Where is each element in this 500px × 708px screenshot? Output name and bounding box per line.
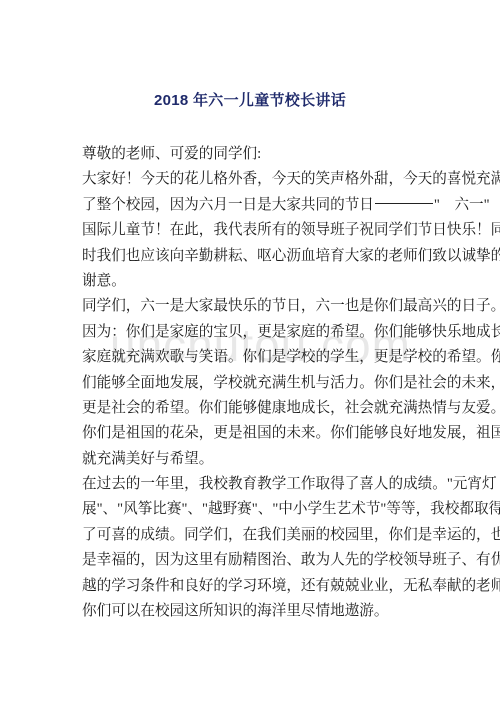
text-fragment: " 六一" [434,197,490,213]
text-fragment: 了整个校园，因为六月一日是大家共同的节日 [82,197,374,213]
text-line: 同学们，六一是大家最快乐的节日，六一也是你们最高兴的日子。 [82,294,422,319]
dash-rule [375,203,433,204]
text-line: 展"、"风筝比赛"、"越野赛"、"中小学生艺术节"等等，我校都取得 [82,497,422,522]
document-body: 尊敬的老师、可爱的同学们: 大家好！今天的花儿格外香，今天的笑声格外甜，今天的喜… [82,142,422,624]
text-line: 你们是祖国的花朵，更是祖国的未来。你们能够良好地发展，祖国 [82,421,422,446]
salutation-line: 尊敬的老师、可爱的同学们: [82,142,422,167]
text-line: 国际儿童节！在此，我代表所有的领导班子祝同学们节日快乐！同 [82,218,422,243]
text-line: 更是社会的希望。你们能够健康地成长，社会就充满热情与友爱。 [82,396,422,421]
text-line: 谢意。 [82,269,422,294]
text-line: 在过去的一年里，我校教育教学工作取得了喜人的成绩。"元宵灯 [82,472,422,497]
text-line: 因为：你们是家庭的宝贝，更是家庭的希望。你们能够快乐地成长， [82,320,422,345]
text-line: 你们可以在校园这所知识的海洋里尽情地遨游。 [82,599,422,624]
text-line: 是幸福的，因为这里有励精图治、敢为人先的学校领导班子、有优 [82,548,422,573]
document-page: unchutou.com 2018 年六一儿童节校长讲话 尊敬的老师、可爱的同学… [0,0,500,708]
text-line: 了可喜的成绩。同学们，在我们美丽的校园里，你们是幸运的，也 [82,523,422,548]
text-line: 就充满美好与希望。 [82,447,422,472]
text-line: 了整个校园，因为六月一日是大家共同的节日" 六一" [82,193,422,218]
text-line: 越的学习条件和良好的学习环境，还有兢兢业业，无私奉献的老师， [82,574,422,599]
text-line: 们能够全面地发展，学校就充满生机与活力。你们是社会的未来， [82,371,422,396]
text-line: 家庭就充满欢歌与笑语。你们是学校的学生，更是学校的希望。你 [82,345,422,370]
document-title: 2018 年六一儿童节校长讲话 [0,89,500,110]
text-line: 时我们也应该向辛勤耕耘、呕心沥血培育大家的老师们致以诚挚的 [82,244,422,269]
text-line: 大家好！今天的花儿格外香，今天的笑声格外甜，今天的喜悦充满 [82,167,422,192]
